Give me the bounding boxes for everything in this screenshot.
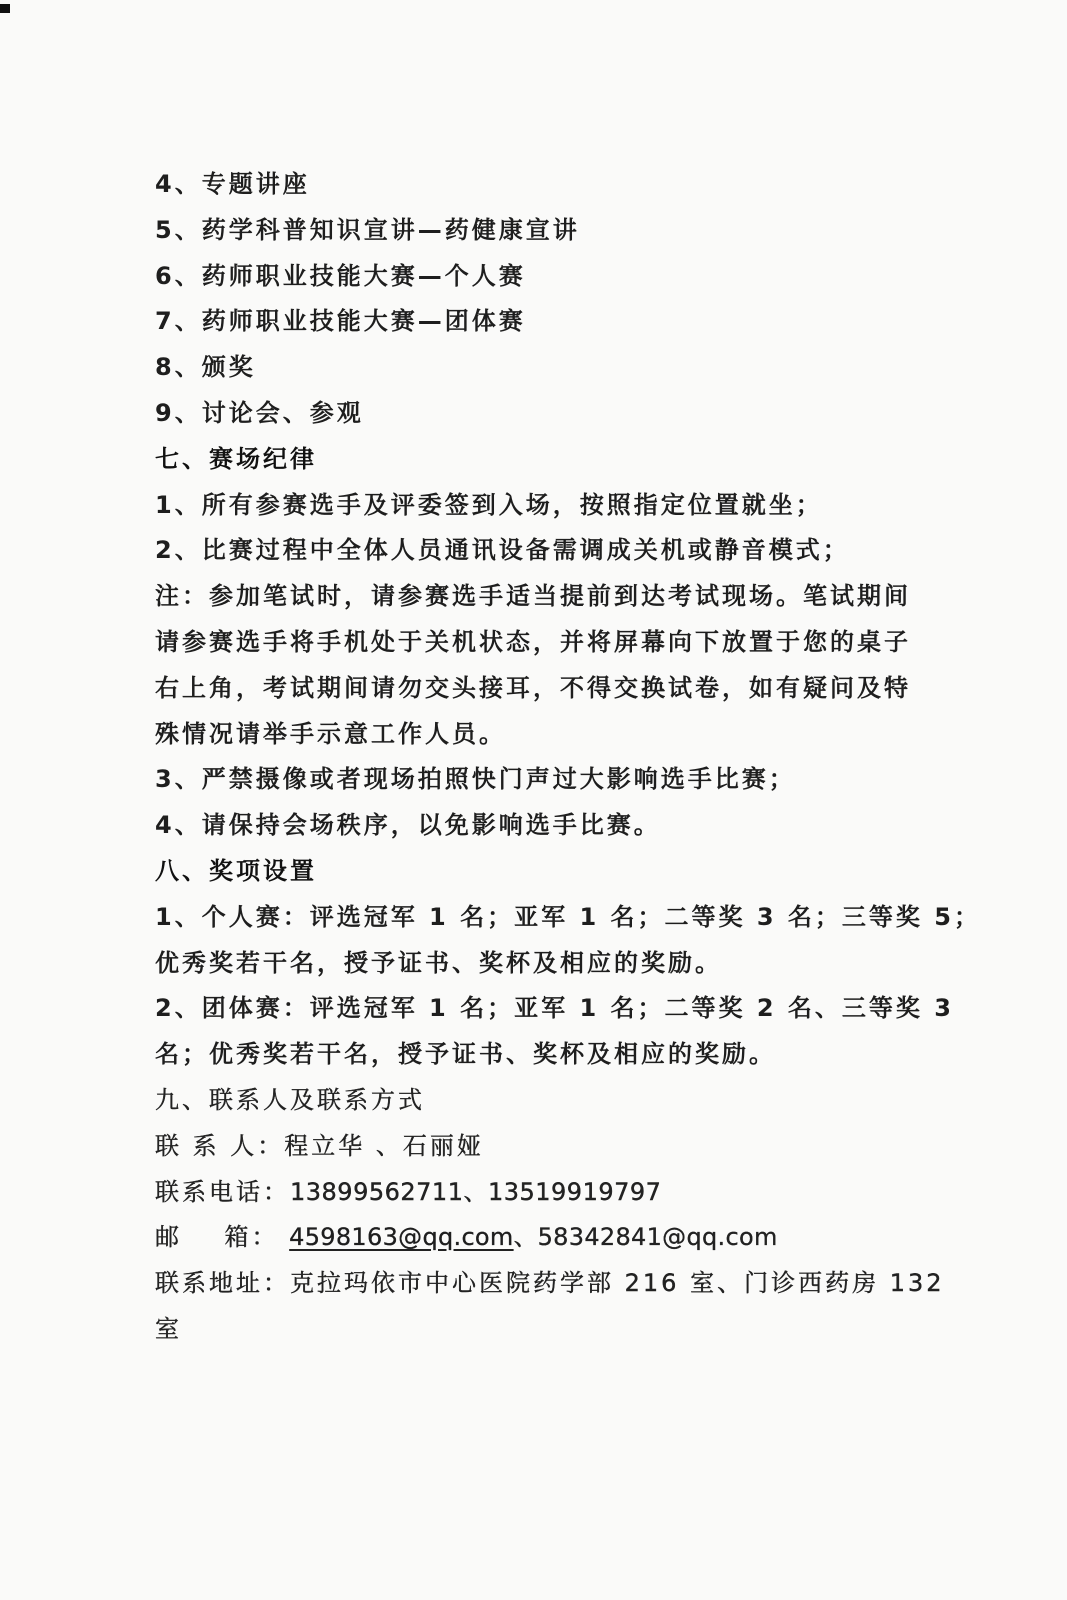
note-line-4: 殊情况请举手示意工作人员。 [155,712,915,758]
note-line-3: 右上角，考试期间请勿交头接耳，不得交换试卷，如有疑问及特 [155,666,915,712]
award-line-4: 名；优秀奖若干名，授予证书、奖杯及相应的奖励。 [155,1032,915,1078]
contact-phone-label: 联系电话： [155,1178,290,1206]
email-2: 58342841@qq.com [538,1223,778,1251]
award-line-1: 1、个人赛：评选冠军 1 名；亚军 1 名；二等奖 3 名；三等奖 5； [155,895,915,941]
contact-email-row: 邮 箱： 4598163@qq.com、58342841@qq.com [155,1215,915,1261]
email-link-1[interactable]: 4598163@qq.com [289,1223,513,1251]
section-9-title: 九、联系人及联系方式 [155,1078,915,1124]
contact-address-label: 联系地址： [155,1269,290,1297]
program-item-8: 8、颁奖 [155,345,915,391]
contact-phone-value: 13899562711、13519919797 [290,1178,661,1206]
section-8-title: 八、奖项设置 [155,849,915,895]
program-item-4: 4、专题讲座 [155,162,915,208]
contact-address-continued: 室 [155,1307,915,1353]
contact-person-value: 程立华 、石丽娅 [284,1132,484,1160]
email-separator: 、 [514,1223,538,1251]
contact-person-label: 联 系 人： [155,1132,284,1160]
rule-3: 3、严禁摄像或者现场拍照快门声过大影响选手比赛； [155,757,915,803]
rule-1: 1、所有参赛选手及评委签到入场，按照指定位置就坐； [155,483,915,529]
award-line-2: 优秀奖若干名，授予证书、奖杯及相应的奖励。 [155,941,915,987]
note-line-2: 请参赛选手将手机处于关机状态，并将屏幕向下放置于您的桌子 [155,620,915,666]
contact-address-row: 联系地址：克拉玛依市中心医院药学部 216 室、门诊西药房 132 [155,1261,915,1307]
rule-2: 2、比赛过程中全体人员通讯设备需调成关机或静音模式； [155,528,915,574]
section-7-title: 七、赛场纪律 [155,437,915,483]
contact-phone-row: 联系电话：13899562711、13519919797 [155,1170,915,1216]
contact-address-value: 克拉玛依市中心医院药学部 216 室、门诊西药房 132 [290,1269,945,1297]
program-item-7: 7、药师职业技能大赛—团体赛 [155,299,915,345]
award-line-3: 2、团体赛：评选冠军 1 名；亚军 1 名；二等奖 2 名、三等奖 3 [155,986,915,1032]
contact-person-row: 联 系 人：程立华 、石丽娅 [155,1124,915,1170]
program-item-9: 9、讨论会、参观 [155,391,915,437]
scan-corner-mark [0,4,10,13]
program-item-6: 6、药师职业技能大赛—个人赛 [155,254,915,300]
contact-email-label: 邮 箱： [155,1223,279,1251]
rule-4: 4、请保持会场秩序，以免影响选手比赛。 [155,803,915,849]
note-line-1: 注：参加笔试时，请参赛选手适当提前到达考试现场。笔试期间 [155,574,915,620]
program-item-5: 5、药学科普知识宣讲—药健康宣讲 [155,208,915,254]
document-page: 4、专题讲座 5、药学科普知识宣讲—药健康宣讲 6、药师职业技能大赛—个人赛 7… [155,162,915,1353]
